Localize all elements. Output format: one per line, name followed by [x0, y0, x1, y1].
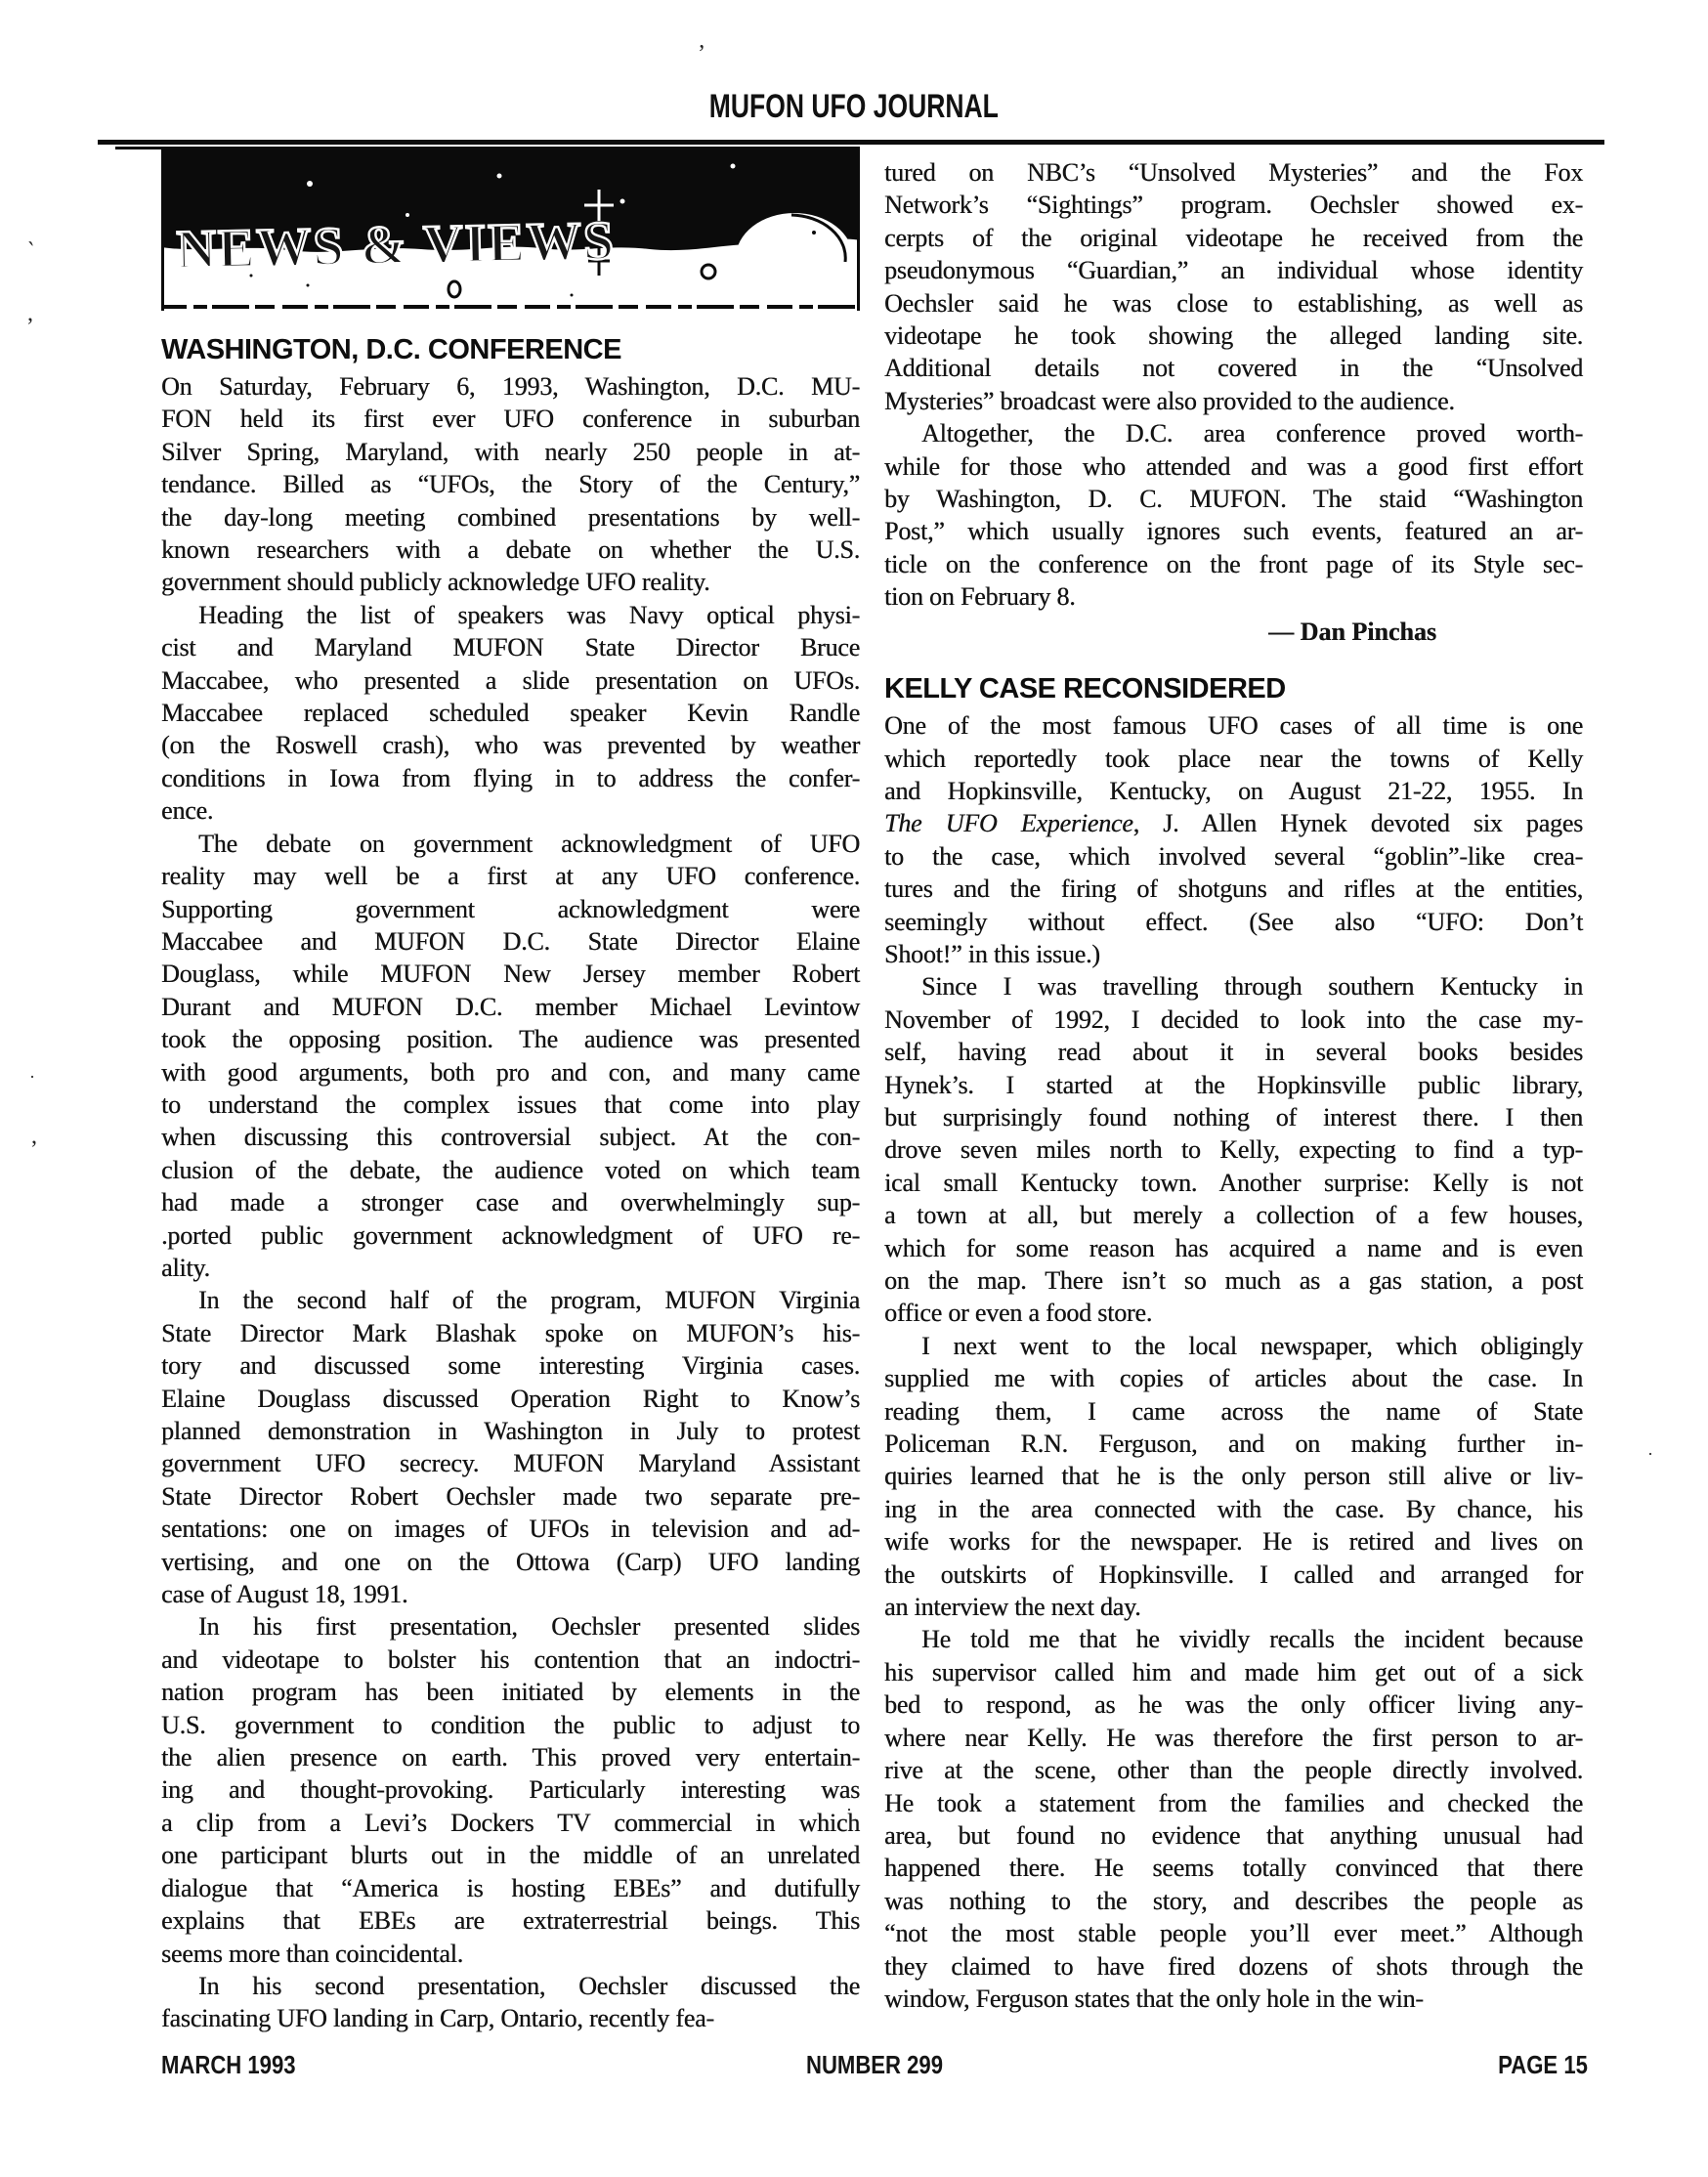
dust-speck	[812, 231, 816, 235]
paragraph: tured on NBC’s “Unsolved Mysteries” and …	[884, 156, 1583, 417]
text-line: a clip from a Levi’s Dockers TV commerci…	[161, 1807, 860, 1839]
star	[620, 199, 625, 204]
text-line: sentations: one on images of UFOs in tel…	[161, 1513, 860, 1545]
text-line: nation program has been initiated by ele…	[161, 1676, 860, 1708]
text-line: ical small Kentucky town. Another surpri…	[884, 1167, 1583, 1199]
text-line: Maccabee, who presented a slide presenta…	[161, 664, 860, 697]
paragraph: Altogether, the D.C. area conference pro…	[884, 417, 1583, 613]
text-line: explains that EBEs are extraterrestrial …	[161, 1904, 860, 1937]
text-line: which reportedly took place near the tow…	[884, 743, 1583, 775]
scan-artifact: ,	[31, 1124, 37, 1150]
text-line: The debate on government acknowledgment …	[161, 828, 860, 860]
text-line: government should publicly acknowledge U…	[161, 566, 860, 598]
text-line: reading them, I came across the name of …	[884, 1395, 1583, 1428]
text-line: to understand the complex issues that co…	[161, 1088, 860, 1121]
text-line: Heading the list of speakers was Navy op…	[161, 599, 860, 631]
text-line: U.S. government to condition the public …	[161, 1709, 860, 1741]
text-line: which for some reason has acquired a nam…	[884, 1232, 1583, 1264]
section-heading: KELLY CASE RECONSIDERED	[884, 673, 1583, 705]
text-line: Oechsler said he was close to establishi…	[884, 287, 1583, 320]
scan-artifact: `	[22, 237, 35, 265]
text-line: November of 1992, I decided to look into…	[884, 1003, 1583, 1036]
text-line: vertising, and one on the Ottowa (Carp) …	[161, 1546, 860, 1578]
text-line: In the second half of the program, MUFON…	[161, 1284, 860, 1316]
text-line: and videotape to bolster his contention …	[161, 1643, 860, 1676]
paragraph: One of the most famous UFO cases of all …	[884, 709, 1583, 970]
text-line: ing in the area connected with the case.…	[884, 1493, 1583, 1525]
text-line: Silver Spring, Maryland, with nearly 250…	[161, 436, 860, 468]
text-line: when discussing this controversial subje…	[161, 1121, 860, 1153]
text-line: Additional details not covered in the “U…	[884, 352, 1583, 384]
text-line: Post,” which usually ignores such events…	[884, 515, 1583, 547]
text-line: tendance. Billed as “UFOs, the Story of …	[161, 468, 860, 500]
text-line: clusion of the debate, the audience vote…	[161, 1154, 860, 1186]
right-column: tured on NBC’s “Unsolved Mysteries” and …	[884, 156, 1583, 2015]
text-line: happened there. He seems totally convinc…	[884, 1852, 1583, 1884]
text-line: where near Kelly. He was therefore the f…	[884, 1722, 1583, 1754]
text-line: Durant and MUFON D.C. member Michael Lev…	[161, 991, 860, 1023]
text-line: FON held its first ever UFO conference i…	[161, 403, 860, 435]
banner-title: NEWS & VIEWS	[176, 211, 617, 280]
left-column: NEWS & VIEWS WASHINGTON, D.C. CONFERENCE…	[161, 147, 860, 2035]
text-line: tured on NBC’s “Unsolved Mysteries” and …	[884, 156, 1583, 189]
star	[307, 181, 313, 187]
text-line: the day-long meeting combined presentati…	[161, 501, 860, 534]
text-line: window, Ferguson states that the only ho…	[884, 1983, 1583, 2015]
paragraph: In his first presentation, Oechsler pres…	[161, 1610, 860, 1969]
journal-title: MUFON UFO JOURNAL	[709, 88, 999, 126]
text-line: took the opposing position. The audience…	[161, 1023, 860, 1055]
text-line: Maccabee and MUFON D.C. State Director E…	[161, 925, 860, 958]
text-line: Policeman R.N. Ferguson, and on making f…	[884, 1428, 1583, 1460]
text-line: reality may well be a first at any UFO c…	[161, 860, 860, 892]
text-line: Network’s “Sightings” program. Oechsler …	[884, 189, 1583, 221]
text-line: but surprisingly found nothing of intere…	[884, 1101, 1583, 1133]
text-line: In his first presentation, Oechsler pres…	[161, 1610, 860, 1643]
text-line: cerpts of the original videotape he rece…	[884, 222, 1583, 254]
text-line: Mysteries” broadcast were also provided …	[884, 385, 1583, 417]
scan-artifact: ,	[27, 301, 33, 327]
text-line: Elaine Douglass discussed Operation Righ…	[161, 1383, 860, 1415]
text-line: Shoot!” in this issue.)	[884, 938, 1583, 970]
paragraph: The debate on government acknowledgment …	[161, 828, 860, 1285]
paragraph: In the second half of the program, MUFON…	[161, 1284, 860, 1610]
text-line: In his second presentation, Oechsler dis…	[161, 1970, 860, 2002]
text-line: by Washington, D. C. MUFON. The staid “W…	[884, 483, 1583, 515]
text-line: with good arguments, both pro and con, a…	[161, 1056, 860, 1088]
text-line: videotape he took showing the alleged la…	[884, 320, 1583, 352]
text-line: ality.	[161, 1252, 860, 1284]
text-line: supplied me with copies of articles abou…	[884, 1362, 1583, 1394]
text-line: He told me that he vividly recalls the i…	[884, 1623, 1583, 1655]
text-line: One of the most famous UFO cases of all …	[884, 709, 1583, 742]
paragraph: In his second presentation, Oechsler dis…	[161, 1970, 860, 2035]
text-line: The UFO Experience, J. Allen Hynek devot…	[884, 807, 1583, 839]
text-line: to the case, which involved several “gob…	[884, 840, 1583, 873]
text-line: seemingly without effect. (See also “UFO…	[884, 906, 1583, 938]
text-line: Altogether, the D.C. area conference pro…	[884, 417, 1583, 449]
text-line: tures and the firing of shotguns and rif…	[884, 873, 1583, 905]
scanned-journal-page: MUFON UFO JOURNAL NEWS & VIEWS	[0, 0, 1708, 2177]
text-line: the outskirts of Hopkinsville. I called …	[884, 1558, 1583, 1591]
text-line: ticle on the conference on the front pag…	[884, 548, 1583, 580]
text-line: bed to respond, as he was the only offic…	[884, 1688, 1583, 1721]
text-line: .ported public government acknowledgment…	[161, 1219, 860, 1252]
text-line: self, having read about it in several bo…	[884, 1036, 1583, 1068]
text-line: Since I was travelling through southern …	[884, 970, 1583, 1003]
paragraph: Heading the list of speakers was Navy op…	[161, 599, 860, 828]
text-line: seems more than coincidental.	[161, 1938, 860, 1970]
text-line: tory and discussed some interesting Virg…	[161, 1349, 860, 1382]
news-views-banner: NEWS & VIEWS	[161, 147, 860, 311]
text-line: cist and Maryland MUFON State Director B…	[161, 631, 860, 663]
text-line: on the map. There isn’t so much as a gas…	[884, 1264, 1583, 1297]
text-line: Hynek’s. I started at the Hopkinsville p…	[884, 1069, 1583, 1101]
text-line: wife works for the newspaper. He is reti…	[884, 1525, 1583, 1558]
section-heading: WASHINGTON, D.C. CONFERENCE	[161, 334, 860, 366]
star	[497, 174, 502, 179]
scan-artifact: ·	[29, 1067, 35, 1088]
paragraph: Since I was travelling through southern …	[884, 970, 1583, 1329]
text-line: On Saturday, February 6, 1993, Washingto…	[161, 370, 860, 403]
text-line: pseudonymous “Guardian,” an individual w…	[884, 254, 1583, 286]
text-line: an interview the next day.	[884, 1591, 1583, 1623]
text-line: the alien presence on earth. This proved…	[161, 1741, 860, 1773]
text-line: known researchers with a debate on wheth…	[161, 534, 860, 566]
text-line: Douglass, while MUFON New Jersey member …	[161, 958, 860, 990]
text-line: dialogue that “America is hosting EBEs” …	[161, 1872, 860, 1904]
paragraph: On Saturday, February 6, 1993, Washingto…	[161, 370, 860, 599]
text-line: ing and thought-provoking. Particularly …	[161, 1773, 860, 1806]
text-line: Maccabee replaced scheduled speaker Kevi…	[161, 697, 860, 729]
text-line: was nothing to the story, and describes …	[884, 1885, 1583, 1917]
footer-issue-date: MARCH 1993	[161, 2050, 320, 2080]
text-line: a town at all, but merely a collection o…	[884, 1199, 1583, 1231]
paragraph: I next went to the local newspaper, whic…	[884, 1330, 1583, 1624]
text-line: tion on February 8.	[884, 580, 1583, 613]
star	[731, 164, 736, 169]
text-line: Supporting government acknowledgment wer…	[161, 893, 860, 925]
scan-artifact: ·	[1647, 1444, 1653, 1465]
footer-page-number: PAGE 15	[1482, 2050, 1588, 2080]
text-line: one participant blurts out in the middle…	[161, 1839, 860, 1871]
text-line: “not the most stable people you’ll ever …	[884, 1917, 1583, 1949]
text-line: area, but found no evidence that anythin…	[884, 1819, 1583, 1852]
scan-artifact: ·	[846, 1800, 852, 1820]
text-line: fascinating UFO landing in Carp, Ontario…	[161, 2002, 860, 2034]
text-line: office or even a food store.	[884, 1297, 1583, 1329]
text-line: and Hopkinsville, Kentucky, on August 21…	[884, 775, 1583, 807]
text-line: He took a statement from the families an…	[884, 1787, 1583, 1819]
text-line: case of August 18, 1991.	[161, 1578, 860, 1610]
text-line: State Director Mark Blashak spoke on MUF…	[161, 1317, 860, 1349]
masthead-rule	[98, 140, 1604, 145]
text-line: quiries learned that he is the only pers…	[884, 1460, 1583, 1492]
text-line: while for those who attended and was a g…	[884, 450, 1583, 483]
dust-speck	[307, 284, 310, 287]
text-line: State Director Robert Oechsler made two …	[161, 1480, 860, 1513]
page-footer: MARCH 1993 NUMBER 299 PAGE 15	[161, 2050, 1588, 2089]
dust-speck	[571, 294, 574, 297]
journal-masthead: MUFON UFO JOURNAL	[0, 88, 1708, 126]
text-line: drove seven miles north to Kelly, expect…	[884, 1133, 1583, 1166]
text-line: I next went to the local newspaper, whic…	[884, 1330, 1583, 1362]
text-line: ence.	[161, 794, 860, 827]
footer-issue-number: NUMBER 299	[794, 2050, 956, 2080]
paragraph: He told me that he vividly recalls the i…	[884, 1623, 1583, 2015]
text-line: rive at the scene, other than the people…	[884, 1754, 1583, 1786]
text-line: his supervisor called him and made him g…	[884, 1656, 1583, 1688]
text-line: had made a stronger case and overwhelmin…	[161, 1186, 860, 1218]
byline: — Dan Pinchas	[884, 616, 1583, 648]
text-line: (on the Roswell crash), who was prevente…	[161, 729, 860, 761]
moon-dome	[736, 213, 853, 303]
text-line: government UFO secrecy. MUFON Maryland A…	[161, 1447, 860, 1479]
text-line: planned demonstration in Washington in J…	[161, 1415, 860, 1447]
text-line: conditions in Iowa from flying in to add…	[161, 762, 860, 794]
text-line: they claimed to have fired dozens of sho…	[884, 1950, 1583, 1983]
scan-artifact: ’	[698, 41, 705, 67]
